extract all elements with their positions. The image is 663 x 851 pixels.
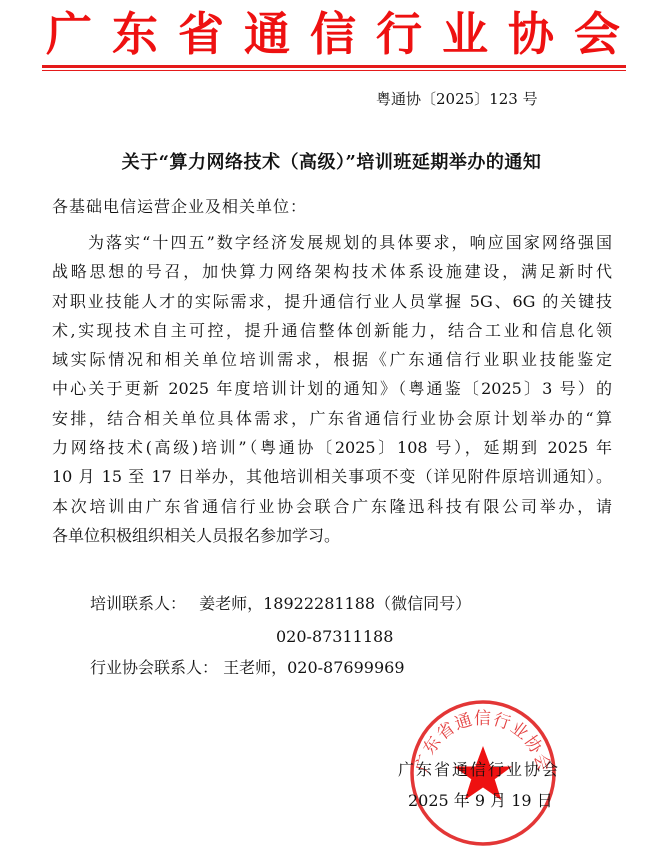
letterhead-rule-thick xyxy=(42,65,626,68)
letterhead-char: 行 xyxy=(376,6,422,62)
training-contact-label: 培训联系人： xyxy=(90,594,186,613)
letterhead-char: 协 xyxy=(508,6,554,62)
letterhead-char: 通 xyxy=(244,6,290,62)
letterhead-char: 会 xyxy=(574,6,620,62)
letterhead-char: 业 xyxy=(442,6,488,62)
document-number: 粤通协〔2025〕123 号 xyxy=(376,88,538,110)
body-paragraph: 为落实“十四五”数字经济发展规划的具体要求，响应国家网络强国 战略思想的号召，加… xyxy=(52,228,612,550)
letterhead-char: 东 xyxy=(112,6,158,62)
body-line: 中心关于更新 2025 年度培训计划的通知》（粤通鉴〔2025〕3 号）的 xyxy=(52,374,612,403)
body-line: 10 月 15 至 17 日举办，其他培训相关事项不变（详见附件原培训通知）。 xyxy=(52,462,612,491)
body-line: 为落实“十四五”数字经济发展规划的具体要求，响应国家网络强国 xyxy=(52,228,612,257)
body-line: 战略思想的号召，加快算力网络架构技术体系设施建设，满足新时代 xyxy=(52,257,612,286)
association-contact-label: 行业协会联系人： xyxy=(90,658,218,677)
body-line: 域实际情况和相关单位培训需求，根据《广东通信行业职业技能鉴定 xyxy=(52,345,612,374)
training-contact-value: 姜老师，18922281188（微信同号） xyxy=(199,594,471,613)
body-line: 力网络技术(高级)培训”（粤通协〔2025〕108 号），延期到 2025 年 xyxy=(52,433,612,462)
body-line: 安排，结合相关单位具体需求，广东省通信行业协会原计划举办的“算 xyxy=(52,404,612,433)
salutation: 各基础电信运营企业及相关单位： xyxy=(52,195,307,219)
letterhead-char: 广 xyxy=(46,6,92,62)
body-line: 对职业技能人才的实际需求，提升通信行业人员掌握 5G、6G 的关键技 xyxy=(52,287,612,316)
association-contact: 行业协会联系人： 王老师，020-87699969 xyxy=(90,656,405,680)
letterhead-title: 广 东 省 通 信 行 业 协 会 xyxy=(40,6,626,62)
signature-date: 2025 年 9 月 19 日 xyxy=(408,789,553,813)
document-title: 关于“算力网络技术（高级）”培训班延期举办的通知 xyxy=(0,150,663,176)
letterhead-rule-thin xyxy=(42,70,626,71)
body-line: 本次培训由广东省通信行业协会联合广东隆迅科技有限公司举办，请 xyxy=(52,492,612,521)
letterhead-char: 信 xyxy=(310,6,356,62)
training-contact-phone2: 020-87311188 xyxy=(276,625,393,649)
association-contact-value: 王老师，020-87699969 xyxy=(223,658,404,677)
letterhead-char: 省 xyxy=(178,6,224,62)
signature-organization: 广东省通信行业协会 xyxy=(398,758,560,782)
body-line: 术,实现技术自主可控，提升通信整体创新能力，结合工业和信息化领 xyxy=(52,316,612,345)
body-line: 各单位积极组织相关人员报名参加学习。 xyxy=(52,521,612,550)
training-contact: 培训联系人： 姜老师，18922281188（微信同号） xyxy=(90,592,471,616)
